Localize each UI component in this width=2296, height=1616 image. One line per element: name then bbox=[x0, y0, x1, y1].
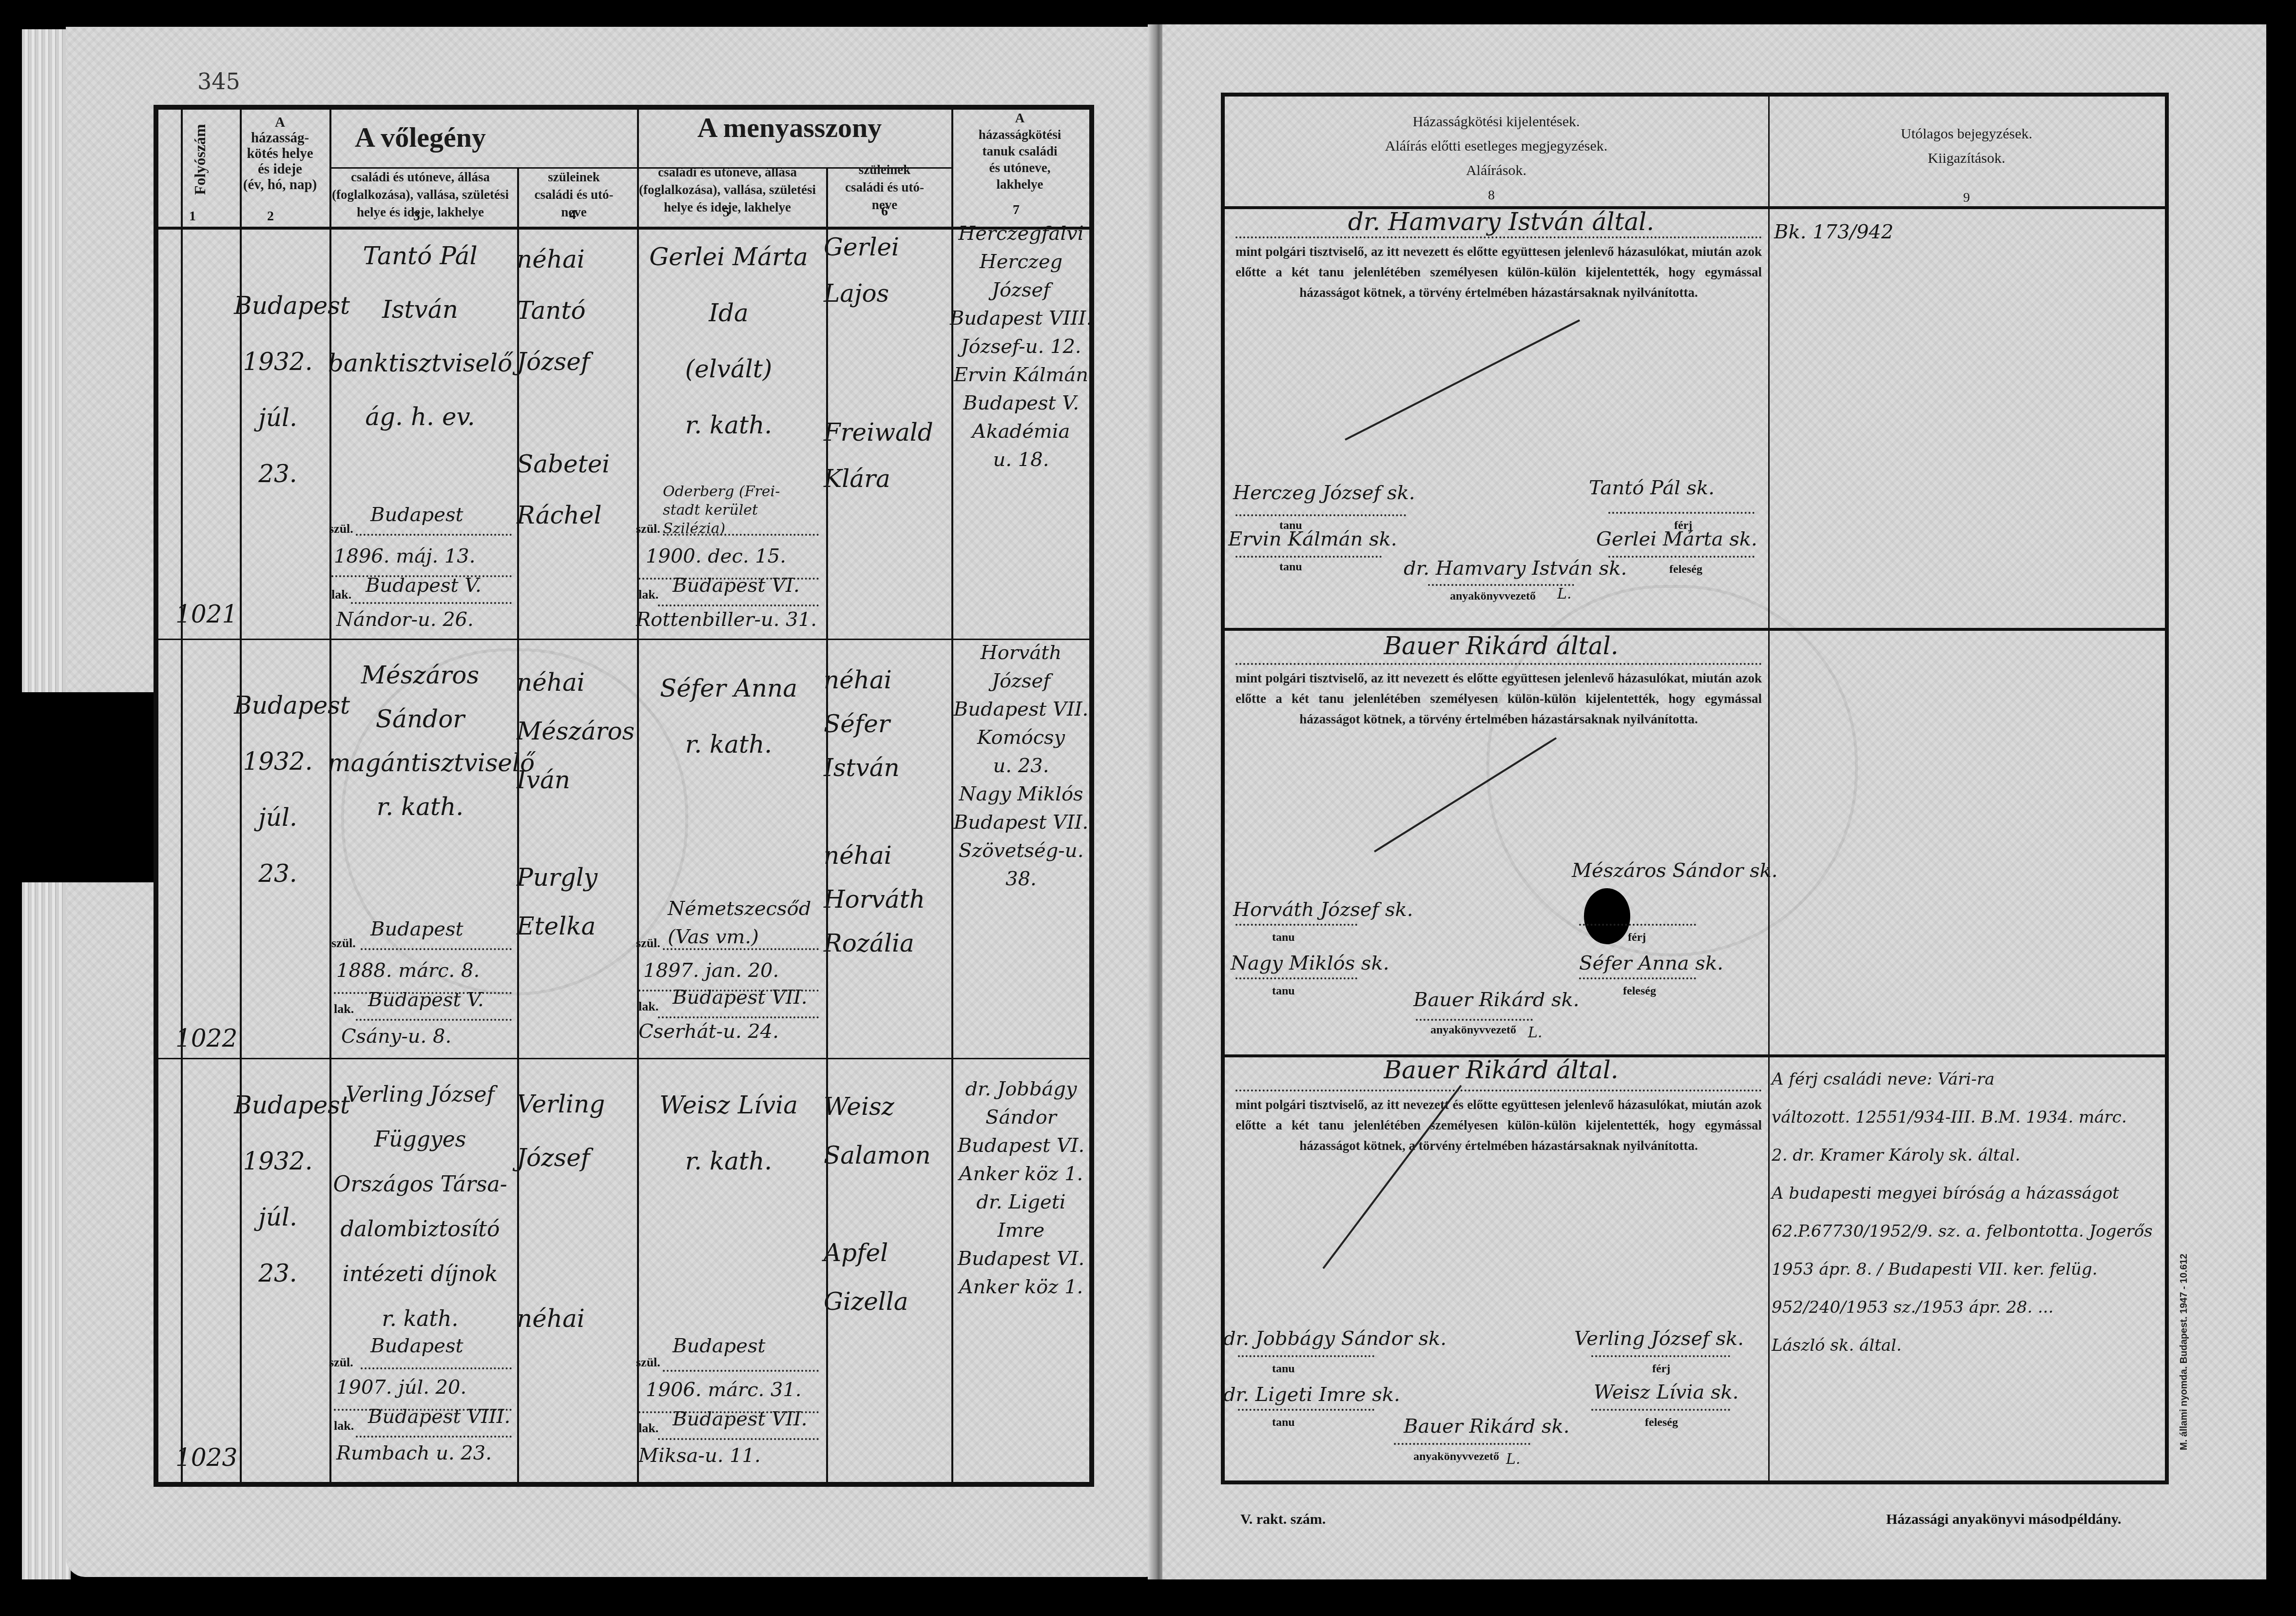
printed-clause: mint polgári tisztviselő, az itt nevezet… bbox=[1235, 668, 1762, 729]
bride-born-date: 1897. jan. 20. bbox=[643, 958, 779, 983]
witness-label: tanu bbox=[1272, 931, 1295, 944]
groom-parents: néhai Mészáros Iván Purgly Etelka bbox=[517, 658, 634, 951]
groom-street: Rumbach u. 23. bbox=[336, 1441, 492, 1466]
witness2-signature: Ervin Kálmán sk. bbox=[1228, 526, 1397, 552]
row-rule bbox=[158, 1058, 1089, 1059]
wife-signature: Weisz Lívia sk. bbox=[1594, 1380, 1738, 1405]
dotted-line bbox=[663, 948, 819, 950]
printer-imprint: M. állami nyomda. Budapest. 1947 - 10.61… bbox=[2179, 1254, 2190, 1451]
dotted-line bbox=[658, 1016, 819, 1018]
bride-born-date: 1900. dec. 15. bbox=[646, 544, 786, 569]
dotted-line bbox=[663, 1370, 819, 1372]
column-number: 8 bbox=[1484, 188, 1499, 203]
groom-born-date: 1888. márc. 8. bbox=[336, 958, 480, 983]
bride-street: Miksa-u. 11. bbox=[638, 1443, 761, 1468]
dotted-line bbox=[361, 1367, 512, 1369]
bride-details: Weisz Lívia r. kath. bbox=[636, 1077, 821, 1189]
groom-details: Verling József Függyes Országos Társa- d… bbox=[328, 1072, 513, 1342]
bride-born-place: Budapest bbox=[673, 1333, 766, 1359]
dotted-line bbox=[658, 604, 819, 606]
dotted-line bbox=[351, 602, 512, 604]
header-later-entries: Utólagos bejegyzések. Kiigazítások. bbox=[1769, 122, 2164, 171]
residence-label: lak. bbox=[638, 1421, 658, 1436]
wife-label: feleség bbox=[1669, 563, 1702, 576]
header-bride: A menyasszony bbox=[634, 112, 945, 143]
groom-born-place: Budapest bbox=[370, 916, 463, 942]
dotted-line bbox=[1591, 1409, 1730, 1411]
witness-label: tanu bbox=[1279, 561, 1302, 574]
witnesses: dr. Jobbágy Sándor Budapest VI. Anker kö… bbox=[948, 1075, 1094, 1301]
residence-label: lak. bbox=[638, 587, 658, 602]
witnesses: Herczegfalvi Herczeg József Budapest VII… bbox=[948, 219, 1094, 474]
header-declarations: Házasságkötési kijelentések. Aláírás elő… bbox=[1228, 110, 1764, 183]
groom-street: Csány-u. 8. bbox=[341, 1024, 451, 1049]
witnesses: Horváth József Budapest VII. Komócsy u. … bbox=[948, 639, 1094, 893]
residence-label: lak. bbox=[638, 999, 658, 1014]
dotted-line bbox=[1394, 1443, 1530, 1445]
officiant-name: Bauer Rikárd által. bbox=[1238, 1055, 1764, 1085]
witness-label: tanu bbox=[1272, 1416, 1295, 1429]
bride-parents: néhai Séfer István néhai Horváth Rozália bbox=[824, 658, 945, 965]
registrar-seal-mark: L. bbox=[1528, 1024, 1542, 1042]
dotted-line bbox=[356, 1436, 512, 1438]
dotted-line bbox=[1235, 663, 1762, 665]
dotted-line bbox=[361, 948, 512, 950]
registrar-label: anyakönyvvezető bbox=[1430, 1024, 1516, 1037]
dotted-line bbox=[1416, 1019, 1533, 1021]
groom-details: Tantó Pál István banktisztviselő ág. h. … bbox=[328, 229, 513, 444]
bride-born-place: Németszecsőd (Vas vm.) bbox=[668, 895, 824, 951]
row-rule bbox=[1225, 628, 2165, 631]
page-number: 345 bbox=[197, 68, 240, 95]
born-label: szül. bbox=[329, 1355, 353, 1370]
bride-street: Rottenbiller-u. 31. bbox=[636, 607, 817, 632]
later-entry: Bk. 173/942 bbox=[1774, 219, 1893, 245]
place-date: Budapest 1932. júl. 23. bbox=[234, 278, 322, 502]
registrar-label: anyakönyvvezető bbox=[1450, 590, 1536, 603]
header-witnesses: A házasságkötési tanuk családi és utónev… bbox=[948, 110, 1092, 193]
born-label: szül. bbox=[636, 936, 660, 951]
place-date: Budapest 1932. júl. 23. bbox=[234, 1077, 322, 1302]
serial-number: 1023 bbox=[175, 1443, 237, 1472]
wife-label: feleség bbox=[1623, 985, 1656, 998]
column-number: 5 bbox=[719, 205, 733, 220]
dotted-line bbox=[1238, 1409, 1374, 1411]
dotted-line bbox=[356, 534, 512, 536]
place-date: Budapest 1932. júl. 23. bbox=[234, 678, 322, 902]
dotted-line bbox=[1579, 977, 1696, 979]
bride-details: Séfer Anna r. kath. bbox=[636, 661, 821, 773]
bride-residence: Budapest VI. bbox=[673, 573, 800, 598]
born-label: szül. bbox=[636, 1355, 660, 1370]
husband-signature: Verling József sk. bbox=[1574, 1326, 1744, 1351]
bride-parents: Gerlei Lajos Freiwald Klára bbox=[824, 224, 945, 502]
dotted-line bbox=[658, 1438, 819, 1440]
ink-blot bbox=[1584, 888, 1630, 944]
groom-residence: Budapest V. bbox=[366, 573, 482, 598]
registrar-signature: dr. Hamvary István sk. bbox=[1404, 556, 1627, 581]
bride-street: Cserhát-u. 24. bbox=[638, 1019, 779, 1044]
witness2-signature: Nagy Miklós sk. bbox=[1231, 951, 1389, 976]
witness-label: tanu bbox=[1272, 985, 1295, 998]
groom-born-date: 1907. júl. 20. bbox=[336, 1375, 466, 1400]
dotted-line bbox=[1579, 924, 1696, 926]
dotted-line bbox=[1235, 236, 1762, 238]
residence-label: lak. bbox=[331, 587, 351, 602]
officiant-name: dr. Hamvary István által. bbox=[1238, 207, 1764, 236]
bride-born-place: Oderberg (Frei- stadt kerület Szilézia) bbox=[663, 483, 824, 538]
column-number: 9 bbox=[1959, 190, 1974, 206]
registrar-signature: Bauer Rikárd sk. bbox=[1404, 1414, 1569, 1439]
column-number: 7 bbox=[1009, 202, 1023, 218]
born-label: szül. bbox=[329, 522, 353, 536]
witness1-signature: Horváth József sk. bbox=[1233, 897, 1413, 922]
groom-born-place: Budapest bbox=[370, 502, 463, 527]
bride-parents: Weisz Salamon Apfel Gizella bbox=[824, 1082, 945, 1326]
groom-residence: Budapest V. bbox=[368, 987, 484, 1012]
husband-signature: Mészáros Sándor sk. bbox=[1572, 858, 1778, 883]
born-label: szül. bbox=[636, 522, 660, 536]
dotted-line bbox=[1428, 584, 1574, 586]
col-line bbox=[1768, 97, 1770, 1480]
column-number: 1 bbox=[185, 209, 200, 224]
header-serial: Folyószám bbox=[191, 124, 209, 195]
dotted-line bbox=[1238, 1355, 1374, 1357]
col-line bbox=[181, 110, 183, 1482]
column-number: 6 bbox=[877, 204, 892, 219]
groom-details: Mészáros Sándor magántisztviselő r. kath… bbox=[328, 653, 513, 829]
registrar-seal-mark: L. bbox=[1506, 1450, 1520, 1469]
groom-born-date: 1896. máj. 13. bbox=[334, 544, 475, 569]
wife-signature: Gerlei Márta sk. bbox=[1596, 526, 1757, 552]
dotted-line bbox=[663, 534, 819, 536]
witness-label: tanu bbox=[1272, 1363, 1295, 1376]
printed-clause: mint polgári tisztviselő, az itt nevezet… bbox=[1235, 1094, 1762, 1156]
groom-parents: néhai Tantó József Sabetei Ráchel bbox=[517, 234, 634, 541]
groom-street: Nándor-u. 26. bbox=[336, 607, 474, 632]
dotted-line bbox=[1608, 556, 1755, 558]
registrar-label: anyakönyvvezető bbox=[1413, 1450, 1499, 1463]
column-number: 3 bbox=[409, 209, 424, 224]
registrar-seal-mark: L. bbox=[1557, 585, 1571, 604]
dotted-line bbox=[1591, 1355, 1730, 1357]
wife-signature: Séfer Anna sk. bbox=[1579, 951, 1723, 976]
dotted-line bbox=[1608, 512, 1755, 514]
later-entry: A férj családi neve: Vári-ra változott. … bbox=[1772, 1060, 2161, 1364]
groom-parents: Verling József néhai bbox=[517, 1077, 634, 1345]
registrar-signature: Bauer Rikárd sk. bbox=[1413, 987, 1579, 1012]
dotted-line bbox=[1235, 1090, 1762, 1091]
groom-residence: Budapest VIII. bbox=[368, 1404, 510, 1429]
groom-born-place: Budapest bbox=[370, 1333, 463, 1359]
residence-label: lak. bbox=[334, 1419, 354, 1433]
residence-label: lak. bbox=[334, 1002, 354, 1016]
dotted-line bbox=[1235, 556, 1382, 558]
column-number: 2 bbox=[263, 209, 278, 224]
dotted-line bbox=[1235, 514, 1406, 516]
husband-label: férj bbox=[1628, 931, 1646, 944]
witness2-signature: dr. Ligeti Imre sk. bbox=[1223, 1382, 1400, 1407]
serial-number: 1021 bbox=[175, 600, 237, 629]
husband-signature: Tantó Pál sk. bbox=[1589, 475, 1715, 501]
bride-born-date: 1906. márc. 31. bbox=[646, 1377, 802, 1402]
footer-storage-number: V. rakt. szám. bbox=[1240, 1511, 1326, 1528]
bride-residence: Budapest VII. bbox=[673, 985, 807, 1010]
dotted-line bbox=[1235, 924, 1357, 926]
header-place-date: A házasság- kötés helye és ideje (év, hó… bbox=[237, 115, 323, 193]
header-groom: A vőlegény bbox=[327, 122, 514, 153]
footer-form-title: Házassági anyakönyvi másodpéldány. bbox=[1886, 1511, 2122, 1528]
wife-label: feleség bbox=[1645, 1416, 1678, 1429]
dotted-line bbox=[1235, 977, 1357, 979]
husband-label: férj bbox=[1652, 1363, 1670, 1376]
bride-details: Gerlei Márta Ida (elvált) r. kath. bbox=[636, 229, 821, 453]
witness1-signature: Herczeg József sk. bbox=[1233, 480, 1415, 506]
index-tab bbox=[0, 692, 156, 882]
printed-clause: mint polgári tisztviselő, az itt nevezet… bbox=[1235, 241, 1762, 303]
officiant-name: Bauer Rikárd által. bbox=[1238, 631, 1764, 661]
serial-number: 1022 bbox=[175, 1024, 237, 1053]
dotted-line bbox=[356, 1019, 512, 1021]
born-label: szül. bbox=[331, 936, 356, 951]
bride-residence: Budapest VII. bbox=[673, 1406, 807, 1432]
witness1-signature: dr. Jobbágy Sándor sk. bbox=[1223, 1326, 1447, 1351]
column-number: 4 bbox=[565, 207, 580, 223]
